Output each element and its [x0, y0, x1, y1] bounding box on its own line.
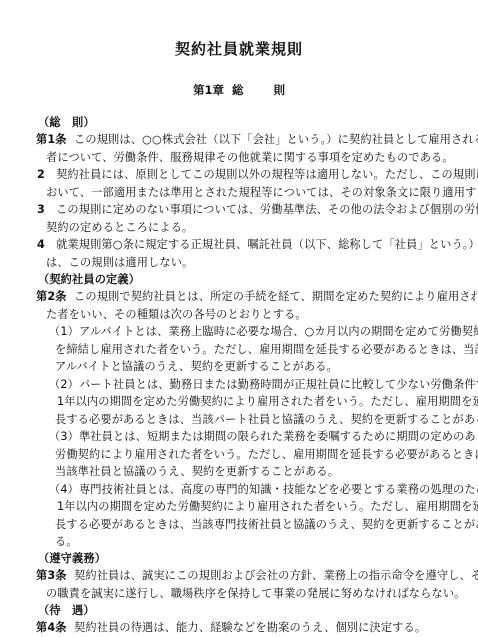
article-label: 第2条: [36, 290, 67, 303]
chapter-number: 第1章: [193, 82, 224, 98]
article-line: 第2条 この規則で契約社員とは、所定の手続を経て、期間を定めた契約により雇用され: [36, 290, 478, 304]
paragraph-line: 4 就業規則第○条に規定する正規社員、嘱託社員（以下、総称して「社員」という。）…: [37, 238, 478, 252]
chapter-heading: 第1章総則: [0, 82, 478, 98]
item-line: アルバイトと協議のうえ、契約を更新することがある。: [55, 360, 338, 374]
document-title: 契約社員就業規則: [0, 38, 478, 59]
article-text: 契約社員の待遇は、能力、経験などを勘案のうえ、個別に決定する。: [74, 621, 426, 634]
article-text: 契約社員は、誠実にこの規則および会社の方針、業務上の指示命令を遵守し、そ: [74, 569, 478, 582]
item-line: 長する必要があるときは、当該専門技術社員と協議のうえ、契約を更新することがあ: [55, 518, 478, 532]
article-line: の職責を誠実に遂行し、職場秩序を保持して事業の発展に努めなければならない。: [46, 587, 466, 601]
article-label: 第3条: [36, 569, 67, 582]
paragraph-text: 契約社員には、原則としてこの規則以外の規程等は適用しない。ただし、この規則に: [56, 168, 478, 181]
section-heading: （待 遇）: [38, 604, 95, 618]
item-line: る。: [55, 535, 78, 549]
item-line: （2）パート社員とは、勤務日または勤務時間が正規社員に比較して少ない労働条件で: [49, 378, 478, 392]
paragraph-line: 3 この規則に定めのない事項については、労働基準法、その他の法令および個別の労働: [37, 203, 478, 217]
paragraph-label: 2: [37, 168, 45, 181]
article-line: 第3条 契約社員は、誠実にこの規則および会社の方針、業務上の指示命令を遵守し、そ: [36, 569, 478, 583]
item-line: （1）アルバイトとは、業務上臨時に必要な場合、○カ月以内の期間を定めて労働契約: [49, 325, 478, 339]
section-heading: （遵守義務）: [38, 552, 106, 566]
chapter-name-a: 総: [232, 82, 244, 98]
item-line: 当該準社員と協議のうえ、契約を更新することがある。: [55, 465, 339, 479]
section-heading: （契約社員の定義）: [38, 273, 140, 287]
item-line: （3）準社員とは、短期または期間の限られた業務を委嘱するために期間の定めのある: [49, 430, 478, 444]
article-line: た者をいい、その種類は次の各号のとおりとする。: [46, 308, 307, 322]
article-line: 第4条 契約社員の待遇は、能力、経験などを勘案のうえ、個別に決定する。: [36, 621, 426, 635]
paragraph-line: 2 契約社員には、原則としてこの規則以外の規程等は適用しない。ただし、この規則に: [37, 168, 478, 182]
paragraph-line: 契約の定めるところによる。: [46, 221, 193, 235]
section-heading: （総 則）: [38, 116, 95, 130]
item-line: 労働契約により雇用された者をいう。ただし、雇用期間を延長する必要があるときは、: [55, 448, 478, 462]
item-line: （4）専門技術社員とは、高度の専門的知識・技能などを必要とする業務の処理のため、: [49, 483, 478, 497]
chapter-name-b: 則: [274, 82, 286, 98]
item-line: を締結し雇用された者をいう。ただし、雇用期間を延長する必要があるときは、当該: [55, 343, 478, 357]
paragraph-label: 4: [37, 238, 45, 251]
paragraph-label: 3: [37, 203, 45, 216]
paragraph-text: この規則に定めのない事項については、労働基準法、その他の法令および個別の労働: [56, 203, 478, 216]
article-text: この規則は、○○株式会社（以下「会社」という。）に契約社員として雇用される: [74, 133, 478, 146]
article-label: 第4条: [36, 621, 67, 634]
item-line: 1年以内の期間を定めた労働契約により雇用された者をいう。ただし、雇用期間を延: [57, 395, 478, 409]
paragraph-text: 就業規則第○条に規定する正規社員、嘱託社員（以下、総称して「社員」という。）に: [56, 238, 478, 251]
article-line: 者について、労働条件、服務規律その他就業に関する事項を定めたものである。: [46, 151, 454, 165]
article-line: 第1条 この規則は、○○株式会社（以下「会社」という。）に契約社員として雇用され…: [36, 133, 478, 147]
item-line: 1年以内の期間を定めた労働契約により雇用された者をいう。ただし、雇用期間を延: [57, 500, 478, 514]
item-line: 長する必要があるときは、当該パート社員と協議のうえ、契約を更新することがある。: [55, 413, 478, 427]
paragraph-line: は、この規則は適用しない。: [46, 256, 193, 270]
paragraph-line: おいて、一部適用または準用とされた規程等については、その対象条文に限り適用する。: [46, 186, 478, 200]
article-label: 第1条: [36, 133, 67, 146]
article-text: この規則で契約社員とは、所定の手続を経て、期間を定めた契約により雇用され: [74, 290, 478, 303]
